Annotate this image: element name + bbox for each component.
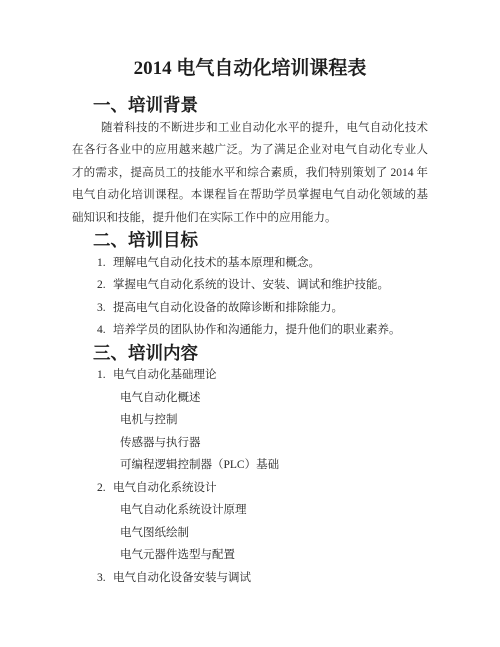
numbered-list-item: 4.培养学员的团队协作和沟通能力，提升他们的职业素养。 xyxy=(97,319,428,342)
list-item-text: 电气自动化基础理论 xyxy=(113,364,217,387)
training-goals-list: 1.理解电气自动化技术的基本原理和概念。2.掌握电气自动化系统的设计、安装、调试… xyxy=(72,252,428,342)
list-item-text: 培养学员的团队协作和沟通能力，提升他们的职业素养。 xyxy=(113,319,401,342)
document-page: 2014 电气自动化培训课程表 一、培训背景 随着科技的不断进步和工业自动化水平… xyxy=(0,0,500,647)
document-title: 2014 电气自动化培训课程表 xyxy=(0,0,500,82)
numbered-list-item: 2.电气自动化系统设计 xyxy=(97,477,428,500)
list-item-text: 理解电气自动化技术的基本原理和概念。 xyxy=(113,252,320,275)
sub-list-item: 电机与控制 xyxy=(120,409,428,432)
list-item-number: 2. xyxy=(97,274,113,297)
list-item-text: 提高电气自动化设备的故障诊断和排除能力。 xyxy=(113,297,343,320)
section-heading-training-goals: 二、培训目标 xyxy=(93,229,428,252)
numbered-list-item: 1.电气自动化基础理论 xyxy=(97,364,428,387)
list-item-text: 电气自动化设备安装与调试 xyxy=(113,567,251,590)
list-item-number: 1. xyxy=(97,364,113,387)
list-item-number: 4. xyxy=(97,319,113,342)
sub-list-item: 可编程逻辑控制器（PLC）基础 xyxy=(120,454,428,477)
document-body: 一、培训背景 随着科技的不断进步和工业自动化水平的提升，电气自动化技术在各行各业… xyxy=(72,94,428,589)
section-heading-training-content: 三、培训内容 xyxy=(93,342,428,365)
training-content-outline: 1.电气自动化基础理论电气自动化概述电机与控制传感器与执行器可编程逻辑控制器（P… xyxy=(72,364,428,589)
numbered-list-item: 3.提高电气自动化设备的故障诊断和排除能力。 xyxy=(97,297,428,320)
training-background-paragraph: 随着科技的不断进步和工业自动化水平的提升，电气自动化技术在各行各业中的应用越来越… xyxy=(72,117,428,230)
sub-list-item: 电气图纸绘制 xyxy=(120,522,428,545)
numbered-list-item: 1.理解电气自动化技术的基本原理和概念。 xyxy=(97,252,428,275)
list-item-text: 掌握电气自动化系统的设计、安装、调试和维护技能。 xyxy=(113,274,389,297)
sub-list-item: 电气自动化系统设计原理 xyxy=(120,499,428,522)
list-item-number: 3. xyxy=(97,297,113,320)
sub-list-item: 传感器与执行器 xyxy=(120,432,428,455)
list-item-number: 2. xyxy=(97,477,113,500)
numbered-list-item: 3.电气自动化设备安装与调试 xyxy=(97,567,428,590)
list-item-text: 电气自动化系统设计 xyxy=(113,477,217,500)
numbered-list-item: 2.掌握电气自动化系统的设计、安装、调试和维护技能。 xyxy=(97,274,428,297)
sub-list-item: 电气自动化概述 xyxy=(120,387,428,410)
list-item-number: 3. xyxy=(97,567,113,590)
section-heading-training-background: 一、培训背景 xyxy=(93,94,428,117)
list-item-number: 1. xyxy=(97,252,113,275)
sub-list-item: 电气元器件选型与配置 xyxy=(120,544,428,567)
